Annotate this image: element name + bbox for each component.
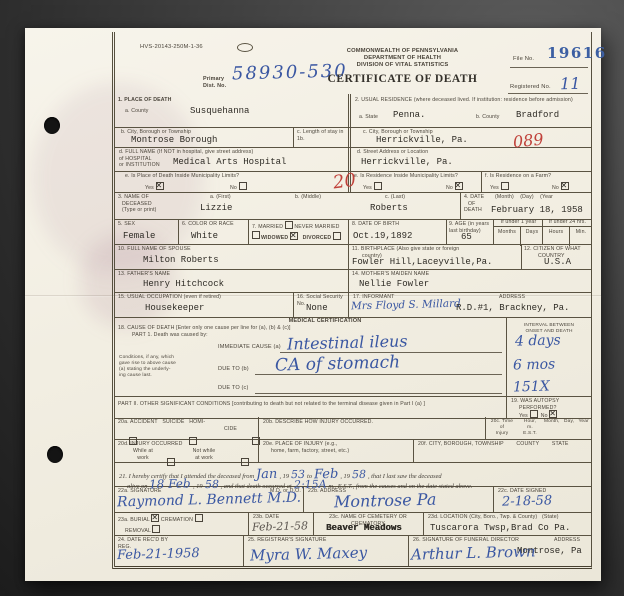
part2-label: PART II. OTHER SIGNIFICANT CONDITIONS [c… <box>118 401 503 408</box>
death-limits-box: e. Is Place of Death Inside Municipality… <box>115 171 348 192</box>
res-county-label: b. County <box>476 114 500 121</box>
physician-signature-box: 22a. SIGNATURE M.D. or D.O. Raymond L. B… <box>115 486 303 512</box>
sex-box: 5. SEX Female <box>115 219 178 244</box>
street-value: Herrickville, Pa. <box>361 158 453 167</box>
length-of-stay-box: c. Length of stay in 1b. <box>293 127 349 147</box>
burial-options-line2: REMOVAL <box>125 525 160 535</box>
place-of-death-label: 1. PLACE OF DEATH <box>118 97 171 104</box>
physician-signature-value: Raymond L. Bennett M.D. <box>117 490 301 511</box>
death-limits-yes: Yes ✕ <box>145 182 164 192</box>
certificate-form: HVS-20143-250M-1-36 PrimaryDist. No. 589… <box>112 32 592 569</box>
row-name: 3. NAME OF DECEASED (Type or print) a. (… <box>115 192 591 220</box>
due-to-b-label: DUE TO (b) <box>218 366 249 373</box>
marital-box: 7. MARRIED NEVER MARRIED WIDOWED ✕ DIVOR… <box>248 219 349 244</box>
state-value: Penna. <box>393 111 425 120</box>
birthplace-value: Fowler Hill,Laceyville,Pa. <box>352 258 492 267</box>
row-injury-top: 20a. ACCIDENT SUICIDE HOMI-CIDE 20b. DES… <box>115 417 591 440</box>
while-at-work-option: While atwork <box>123 448 163 461</box>
married-checkbox <box>285 221 293 229</box>
mother-value: Nellie Fowler <box>359 280 429 289</box>
burial-checkbox: ✕ <box>151 514 159 522</box>
length-of-stay-label: c. Length of stay in 1b. <box>297 129 347 142</box>
death-city-box: b. City, Borough or Township Montrose Bo… <box>115 127 293 147</box>
dob-value: Oct.19,1892 <box>353 232 412 241</box>
farm-label: f. Is Residence on a Farm? <box>485 173 551 180</box>
physician-address-box: 22b. ADDRESS Montrose Pa <box>303 486 494 512</box>
due-to-c-label: DUE TO (c) <box>218 385 249 392</box>
row-disposition: 23a. BURIAL ✕ CREMATION REMOVAL 23b. DAT… <box>115 512 591 536</box>
first-name-label: a. (First) <box>210 194 231 201</box>
spouse-label: 10. FULL NAME OF SPOUSE <box>118 246 191 253</box>
widowed-checkbox: ✕ <box>290 232 298 240</box>
death-limits-no: No <box>230 182 247 192</box>
row-hospital: d. FULL NAME (If NOT in hospital, give s… <box>115 147 591 172</box>
due-to-b-value: CA of stomach <box>275 352 401 375</box>
under-1yr-label: If under 1 year <box>494 219 543 227</box>
certificate-paper: HVS-20143-250M-1-36 PrimaryDist. No. 589… <box>25 28 601 581</box>
under-24h-box: If under 24 hrs. Hours Min. <box>542 219 592 244</box>
union-label-icon <box>237 43 253 52</box>
row-physician: 22a. SIGNATURE M.D. or D.O. Raymond L. B… <box>115 486 591 513</box>
farm-yes-checkbox <box>501 182 509 190</box>
place-of-injury-label: 20e. PLACE OF INJURY (e.g.,home, farm, f… <box>263 441 349 454</box>
punch-hole-top <box>44 117 60 134</box>
farm-box: f. Is Residence on a Farm? Yes No ✕ <box>481 171 592 192</box>
county-value: Susquehanna <box>190 107 249 116</box>
res-limits-box: e. Is Residence Inside Municipality Limi… <box>348 171 484 192</box>
row-occupation: 15. USUAL OCCUPATION (even if retired) H… <box>115 292 591 318</box>
res-limits-yes: Yes <box>363 182 382 192</box>
row-sex-age: 5. SEX Female 6. COLOR OR RACE White 7. … <box>115 219 591 245</box>
citizen-value: U.S.A <box>544 258 571 267</box>
interval-a-value: 4 days <box>515 332 561 349</box>
header-center: COMMONWEALTH OF PENNSYLVANIA DEPARTMENT … <box>305 48 500 85</box>
date-signed-value: 2-18-58 <box>502 493 553 509</box>
informant-handwritten-name: Mrs Floyd S. Millard <box>351 298 461 313</box>
funeral-address-value: Montrose, Pa <box>517 547 582 556</box>
burial-box: 23a. BURIAL ✕ CREMATION REMOVAL <box>115 512 248 535</box>
file-no-value: 19616 <box>547 44 607 62</box>
cremation-checkbox <box>195 514 203 522</box>
how-injury-label: 20b. DESCRIBE HOW INJURY OCCURRED. <box>263 419 373 426</box>
cause-of-death-label: 18. CAUSE OF DEATH [Enter only one cause… <box>118 325 291 338</box>
res-city-box: c. City, Borough or Township Herrickvill… <box>348 127 591 147</box>
primary-dist-label: PrimaryDist. No. <box>203 76 226 90</box>
never-married-checkbox <box>252 231 260 239</box>
hospital-value: Medical Arts Hospital <box>173 158 286 167</box>
occupation-box: 15. USUAL OCCUPATION (even if retired) H… <box>115 292 293 317</box>
street-box: d. Street Address or Location Herrickvil… <box>348 147 591 171</box>
punch-hole-bottom <box>47 446 63 463</box>
disposition-date-value: Feb-21-58 <box>252 519 308 533</box>
race-box: 6. COLOR OR RACE White <box>178 219 249 244</box>
death-limits-label: e. Is Place of Death Inside Municipality… <box>125 173 239 180</box>
sex-label: 5. SEX <box>118 221 135 228</box>
death-date-cols: (Month) (Day) (Year <box>495 194 553 201</box>
immediate-cause-value: Intestinal ileus <box>287 331 408 353</box>
informant-address-value: R.D.#1, Brackney, Pa. <box>456 304 569 313</box>
res-city-value: Herrickville, Pa. <box>376 136 468 145</box>
funeral-director-box: 26. SIGNATURE OF FUNERAL DIRECTOR ADDRES… <box>408 535 592 566</box>
county-label: a. County <box>125 108 149 115</box>
registrar-box: 25. REGISTRAR'S SIGNATURE Myra W. Maxey <box>243 535 409 566</box>
under-24h-label: If under 24 hrs. <box>543 219 592 227</box>
informant-box: 17. INFORMANT ADDRESS Mrs Floyd S. Milla… <box>348 292 592 317</box>
org-line-3: DIVISION OF VITAL STATISTICS <box>305 62 500 69</box>
physician-address-value: Montrose Pa <box>334 490 437 512</box>
cemetery-box: 23c. NAME OF CEMETERY ORCREMATORY Beaver… <box>313 512 424 535</box>
file-no-label: File No. <box>513 56 534 63</box>
autopsy-box: 19. WAS AUTOPSYPERFORMED? Yes No ✕ <box>506 397 592 418</box>
row-place-residence: 1. PLACE OF DEATH a. County Susquehanna … <box>115 94 591 128</box>
not-while-at-work-option: Not whileat work <box>183 448 225 461</box>
interval-c-value: 151X <box>513 379 550 396</box>
race-value: White <box>191 232 218 241</box>
spouse-box: 10. FULL NAME OF SPOUSE Milton Roberts <box>115 244 348 269</box>
org-line-1: COMMONWEALTH OF PENNSYLVANIA <box>305 48 500 55</box>
father-value: Henry Hitchcock <box>143 280 224 289</box>
hours-label: Hours <box>543 229 569 236</box>
usual-residence-label: 2. USUAL RESIDENCE (where deceased lived… <box>355 97 585 104</box>
state-label: a. State <box>359 114 378 121</box>
certificate-title: CERTIFICATE OF DEATH <box>305 73 500 85</box>
registrar-label: 25. REGISTRAR'S SIGNATURE <box>248 537 326 544</box>
interval-divider <box>506 317 507 396</box>
divorced-checkbox <box>333 232 341 240</box>
farm-no: No ✕ <box>552 182 569 192</box>
burial-options-line1: 23a. BURIAL ✕ CREMATION <box>118 514 203 524</box>
injury-occurred-box: 20d. INJURY OCCURRED While atwork Not wh… <box>115 439 258 462</box>
date-received-value: Feb-21-1958 <box>117 546 200 563</box>
disposition-date-box: 23b. DATE Feb-21-58 <box>248 512 314 535</box>
father-label: 13. FATHER'S NAME <box>118 271 170 278</box>
mother-label: 14. MOTHER'S MAIDEN NAME <box>352 271 429 278</box>
removal-checkbox <box>152 525 160 533</box>
row-registration: 24. DATE REC'D BYREG. Feb-21-1958 25. RE… <box>115 535 591 566</box>
registered-no-label: Registered No. <box>510 84 551 91</box>
father-box: 13. FATHER'S NAME Henry Hitchcock <box>115 269 348 292</box>
form-number: HVS-20143-250M-1-36 <box>140 44 203 51</box>
disposition-location-label: 23d. LOCATION (City, Boro., Twp. & Count… <box>428 514 559 521</box>
hospital-box: d. FULL NAME (If NOT in hospital, give s… <box>115 147 348 171</box>
how-injury-box: 20b. DESCRIBE HOW INJURY OCCURRED. <box>258 417 486 439</box>
ssn-value: None <box>306 304 328 313</box>
injury-occurred-label: 20d. INJURY OCCURRED <box>118 441 183 448</box>
usual-residence-box: 2. USUAL RESIDENCE (where deceased lived… <box>348 94 591 127</box>
res-limits-yes-checkbox <box>374 182 382 190</box>
injury-city-label: 20f. CITY, BOROUGH, TOWNSHIP COUNTY STAT… <box>418 441 569 448</box>
mother-box: 14. MOTHER'S MAIDEN NAME Nellie Fowler <box>348 269 592 292</box>
time-of-injury-box: 20c. TimeofInjury Hour,m.E.S.T. Month, D… <box>485 417 592 439</box>
under-1yr-box: If under 1 year Months Days <box>493 219 543 244</box>
informant-address-label: ADDRESS <box>499 294 525 301</box>
funeral-address-label: ADDRESS <box>554 537 580 544</box>
accident-label: 20a. ACCIDENT SUICIDE HOMI-CIDE <box>118 419 237 432</box>
row-spouse: 10. FULL NAME OF SPOUSE Milton Roberts 1… <box>115 244 591 270</box>
months-label: Months <box>494 229 520 236</box>
death-limits-no-checkbox <box>239 182 247 190</box>
time-of-injury-label: 20c. TimeofInjury <box>488 419 516 437</box>
immediate-cause-label: IMMEDIATE CAUSE (a) <box>218 344 281 351</box>
red-note-20: 20 <box>332 170 358 194</box>
res-limits-no: No ✕ <box>446 182 463 192</box>
street-label: d. Street Address or Location <box>357 149 428 156</box>
farm-yes: Yes <box>490 182 509 192</box>
due-to-c-line <box>255 392 502 394</box>
occupation-value: Housekeeper <box>145 304 204 313</box>
row-injury-bottom: 20d. INJURY OCCURRED While atwork Not wh… <box>115 439 591 463</box>
registered-no-value: 11 <box>560 74 581 94</box>
place-of-death-box: 1. PLACE OF DEATH a. County Susquehanna <box>115 94 348 127</box>
deceased-name-label: 3. NAME OF DECEASED (Type or print) <box>118 194 157 214</box>
date-received-box: 24. DATE REC'D BYREG. Feb-21-1958 <box>115 535 243 566</box>
birthplace-box: 11. BIRTHPLACE (Also give state or forei… <box>348 244 522 269</box>
time-date-label: Month, Day, Year <box>544 419 589 425</box>
dob-box: 8. DATE OF BIRTH Oct.19,1892 <box>348 219 447 244</box>
death-date-value: February 18, 1958 <box>491 206 583 215</box>
ssn-box: 16. Social Security No. None <box>293 292 349 317</box>
occupation-label: 15. USUAL OCCUPATION (even if retired) <box>118 294 221 301</box>
medical-certification-section: MEDICAL CERTIFICATION 18. CAUSE OF DEATH… <box>115 317 591 396</box>
spouse-value: Milton Roberts <box>143 256 219 265</box>
date-signed-box: 22c. DATE SIGNED 2-18-58 <box>493 486 592 512</box>
death-date-label: 4. DATE OF DEATH <box>464 194 484 214</box>
org-line-2: DEPARTMENT OF HEALTH <box>305 55 500 62</box>
deceased-name-box: 3. NAME OF DECEASED (Type or print) a. (… <box>115 192 460 219</box>
medical-certification-title: MEDICAL CERTIFICATION <box>235 318 415 325</box>
res-limits-label: e. Is Residence Inside Municipality Limi… <box>354 173 482 180</box>
interval-b-value: 6 mos <box>513 356 556 373</box>
middle-name-label: b. (Middle) <box>295 194 321 201</box>
dob-label: 8. DATE OF BIRTH <box>352 221 399 228</box>
res-county-value: Bradford <box>516 111 559 120</box>
row-parents: 13. FATHER'S NAME Henry Hitchcock 14. MO… <box>115 269 591 293</box>
death-limits-yes-checkbox: ✕ <box>156 182 164 190</box>
farm-no-checkbox: ✕ <box>561 182 569 190</box>
conditions-label: Conditions, if any, which gave rise to a… <box>119 355 176 379</box>
last-name-value: Roberts <box>370 204 408 213</box>
accident-box: 20a. ACCIDENT SUICIDE HOMI-CIDE <box>115 417 258 439</box>
age-value: 65 <box>461 233 472 242</box>
widowed-option: WIDOWED ✕ DIVORCED <box>261 232 341 242</box>
registrar-signature-value: Myra W. Maxey <box>250 543 368 564</box>
sex-value: Female <box>123 232 155 241</box>
row-part2: PART II. OTHER SIGNIFICANT CONDITIONS [c… <box>115 396 591 419</box>
cemetery-value: Beaver Meadows <box>326 524 402 533</box>
res-limits-no-checkbox: ✕ <box>455 182 463 190</box>
time-hour-label: Hour,m.E.S.T. <box>518 419 542 437</box>
death-date-box: 4. DATE OF DEATH (Month) (Day) (Year Feb… <box>460 192 592 219</box>
file-no-line <box>510 66 588 68</box>
age-box: 9. AGE (in yearslast birthday) 65 <box>446 219 494 244</box>
injury-city-box: 20f. CITY, BOROUGH, TOWNSHIP COUNTY STAT… <box>413 439 592 462</box>
last-name-label: c. (Last) <box>385 194 405 201</box>
first-name-value: Lizzie <box>200 204 232 213</box>
race-label: 6. COLOR OR RACE <box>182 221 234 228</box>
disposition-location-box: 23d. LOCATION (City, Boro., Twp. & Count… <box>423 512 592 535</box>
disposition-location-value: Tuscarora Twsp,Brad Co Pa. <box>430 524 570 533</box>
place-of-injury-box: 20e. PLACE OF INJURY (e.g.,home, farm, f… <box>258 439 414 462</box>
death-city-value: Montrose Borough <box>131 136 217 145</box>
row-certify: 21. I hereby certify that I attended the… <box>115 462 591 487</box>
citizen-box: 12. CITIZEN OF WHATCOUNTRY U.S.A <box>521 244 592 269</box>
